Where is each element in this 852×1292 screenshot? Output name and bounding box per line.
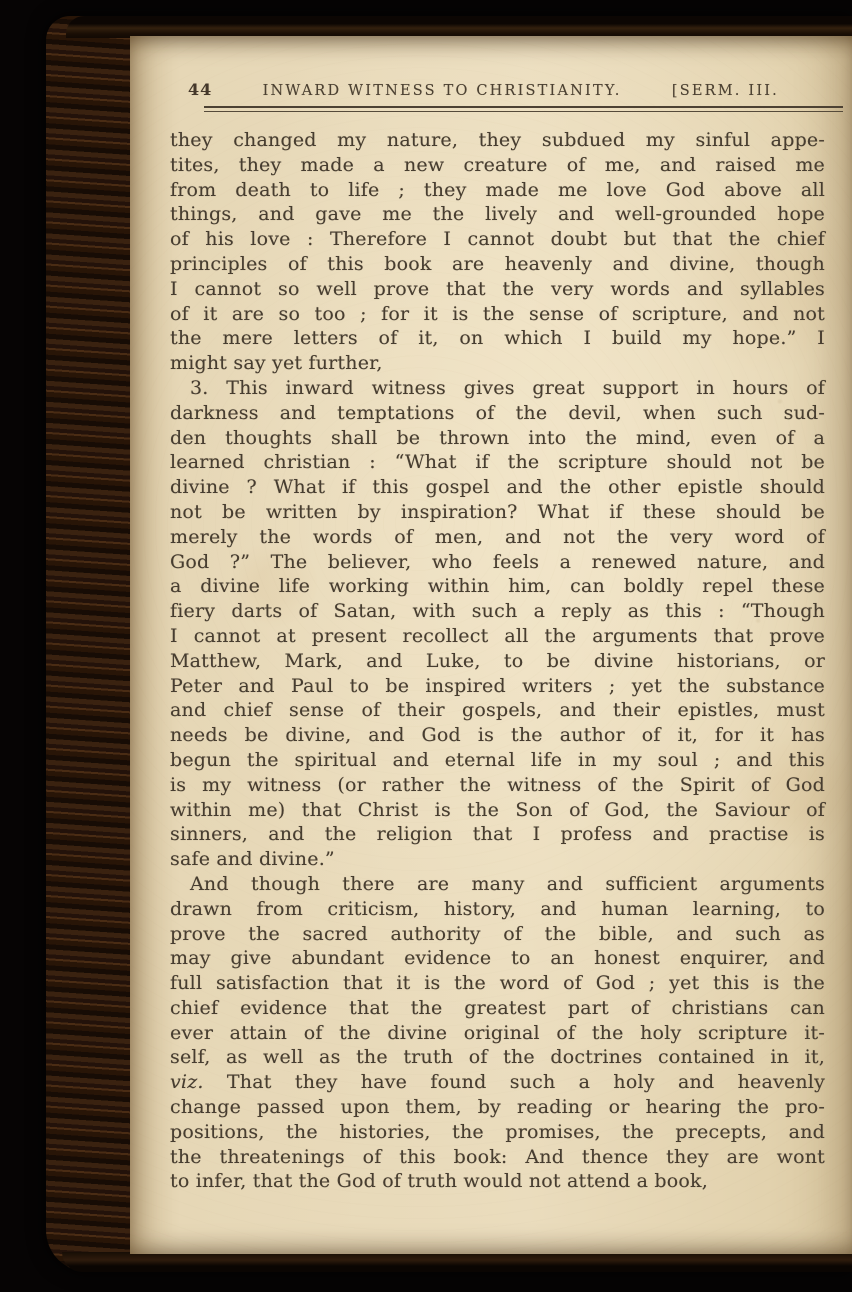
book-top-edge bbox=[66, 16, 852, 38]
text-line: self, as well as the truth of the doctri… bbox=[170, 1045, 825, 1070]
text-line: tites, they made a new creature of me, a… bbox=[170, 153, 825, 178]
text-line: fiery darts of Satan, with such a reply … bbox=[170, 599, 825, 624]
text-line: is my witness (or rather the witness of … bbox=[170, 773, 825, 798]
text-line: to infer, that the God of truth would no… bbox=[170, 1169, 825, 1194]
text-line: from death to life ; they made me love G… bbox=[170, 178, 825, 203]
text-line: not be written by inspiration? What if t… bbox=[170, 500, 825, 525]
text-line: and chief sense of their gospels, and th… bbox=[170, 698, 825, 723]
text-line: viz. That they have found such a holy an… bbox=[170, 1070, 825, 1095]
paragraph: And though there are many and sufficient… bbox=[170, 872, 825, 1194]
text-line: full satisfaction that it is the word of… bbox=[170, 971, 825, 996]
text-line: learned christian : “What if the scriptu… bbox=[170, 450, 825, 475]
text-line: needs be divine, and God is the author o… bbox=[170, 723, 825, 748]
text-line: darkness and temptations of the devil, w… bbox=[170, 401, 825, 426]
running-title: INWARD WITNESS TO CHRISTIANITY. bbox=[212, 83, 672, 99]
text-line: of his love : Therefore I cannot doubt b… bbox=[170, 227, 825, 252]
text-line: I cannot at present recollect all the ar… bbox=[170, 624, 825, 649]
text-line: safe and divine.” bbox=[170, 847, 825, 872]
body-text: they changed my nature, they subdued my … bbox=[170, 128, 825, 1194]
text-line: God ?” The believer, who feels a renewed… bbox=[170, 550, 825, 575]
text-line: prove the sacred authority of the bible,… bbox=[170, 922, 825, 947]
text-line: a divine life working within him, can bo… bbox=[170, 574, 825, 599]
book-photo-scene: 44 INWARD WITNESS TO CHRISTIANITY. [SERM… bbox=[0, 0, 852, 1292]
text-line: den thoughts shall be thrown into the mi… bbox=[170, 426, 825, 451]
text-line: begun the spiritual and eternal life in … bbox=[170, 748, 825, 773]
text-line: merely the words of men, and not the ver… bbox=[170, 525, 825, 550]
text-line: the mere letters of it, on which I build… bbox=[170, 326, 825, 351]
text-line: Matthew, Mark, and Luke, to be divine hi… bbox=[170, 649, 825, 674]
text-line: ever attain of the divine original of th… bbox=[170, 1021, 825, 1046]
text-block: 44 INWARD WITNESS TO CHRISTIANITY. [SERM… bbox=[170, 36, 825, 1194]
text-line: within me) that Christ is the Son of God… bbox=[170, 798, 825, 823]
text-line: of it are so too ; for it is the sense o… bbox=[170, 302, 825, 327]
text-line: divine ? What if this gospel and the oth… bbox=[170, 475, 825, 500]
text-line: might say yet further, bbox=[170, 351, 825, 376]
text-line: sinners, and the religion that I profess… bbox=[170, 822, 825, 847]
text-line: principles of this book are heavenly and… bbox=[170, 252, 825, 277]
book-page: 44 INWARD WITNESS TO CHRISTIANITY. [SERM… bbox=[130, 36, 852, 1254]
text-line: things, and gave me the lively and well-… bbox=[170, 202, 825, 227]
text-line: they changed my nature, they subdued my … bbox=[170, 128, 825, 153]
text-line: may give abundant evidence to an honest … bbox=[170, 946, 825, 971]
text-line: positions, the histories, the promises, … bbox=[170, 1120, 825, 1145]
book-cover: 44 INWARD WITNESS TO CHRISTIANITY. [SERM… bbox=[46, 16, 852, 1272]
sermon-reference: [SERM. III. bbox=[672, 83, 779, 99]
paragraph: they changed my nature, they subdued my … bbox=[170, 128, 825, 376]
paragraph: 3. This inward witness gives great suppo… bbox=[170, 376, 825, 872]
text-line: Peter and Paul to be inspired writers ; … bbox=[170, 674, 825, 699]
text-line: change passed upon them, by reading or h… bbox=[170, 1095, 825, 1120]
text-line: I cannot so well prove that the very wor… bbox=[170, 277, 825, 302]
text-line: drawn from criticism, history, and human… bbox=[170, 897, 825, 922]
book-bottom-edge bbox=[62, 1252, 852, 1272]
running-header: 44 INWARD WITNESS TO CHRISTIANITY. [SERM… bbox=[170, 80, 825, 99]
text-line: chief evidence that the greatest part of… bbox=[170, 996, 825, 1021]
text-line: 3. This inward witness gives great suppo… bbox=[170, 376, 825, 401]
text-line: the threatenings of this book: And thenc… bbox=[170, 1145, 825, 1170]
page-number: 44 bbox=[188, 80, 212, 99]
header-rule bbox=[204, 106, 843, 112]
text-line: And though there are many and sufficient… bbox=[170, 872, 825, 897]
